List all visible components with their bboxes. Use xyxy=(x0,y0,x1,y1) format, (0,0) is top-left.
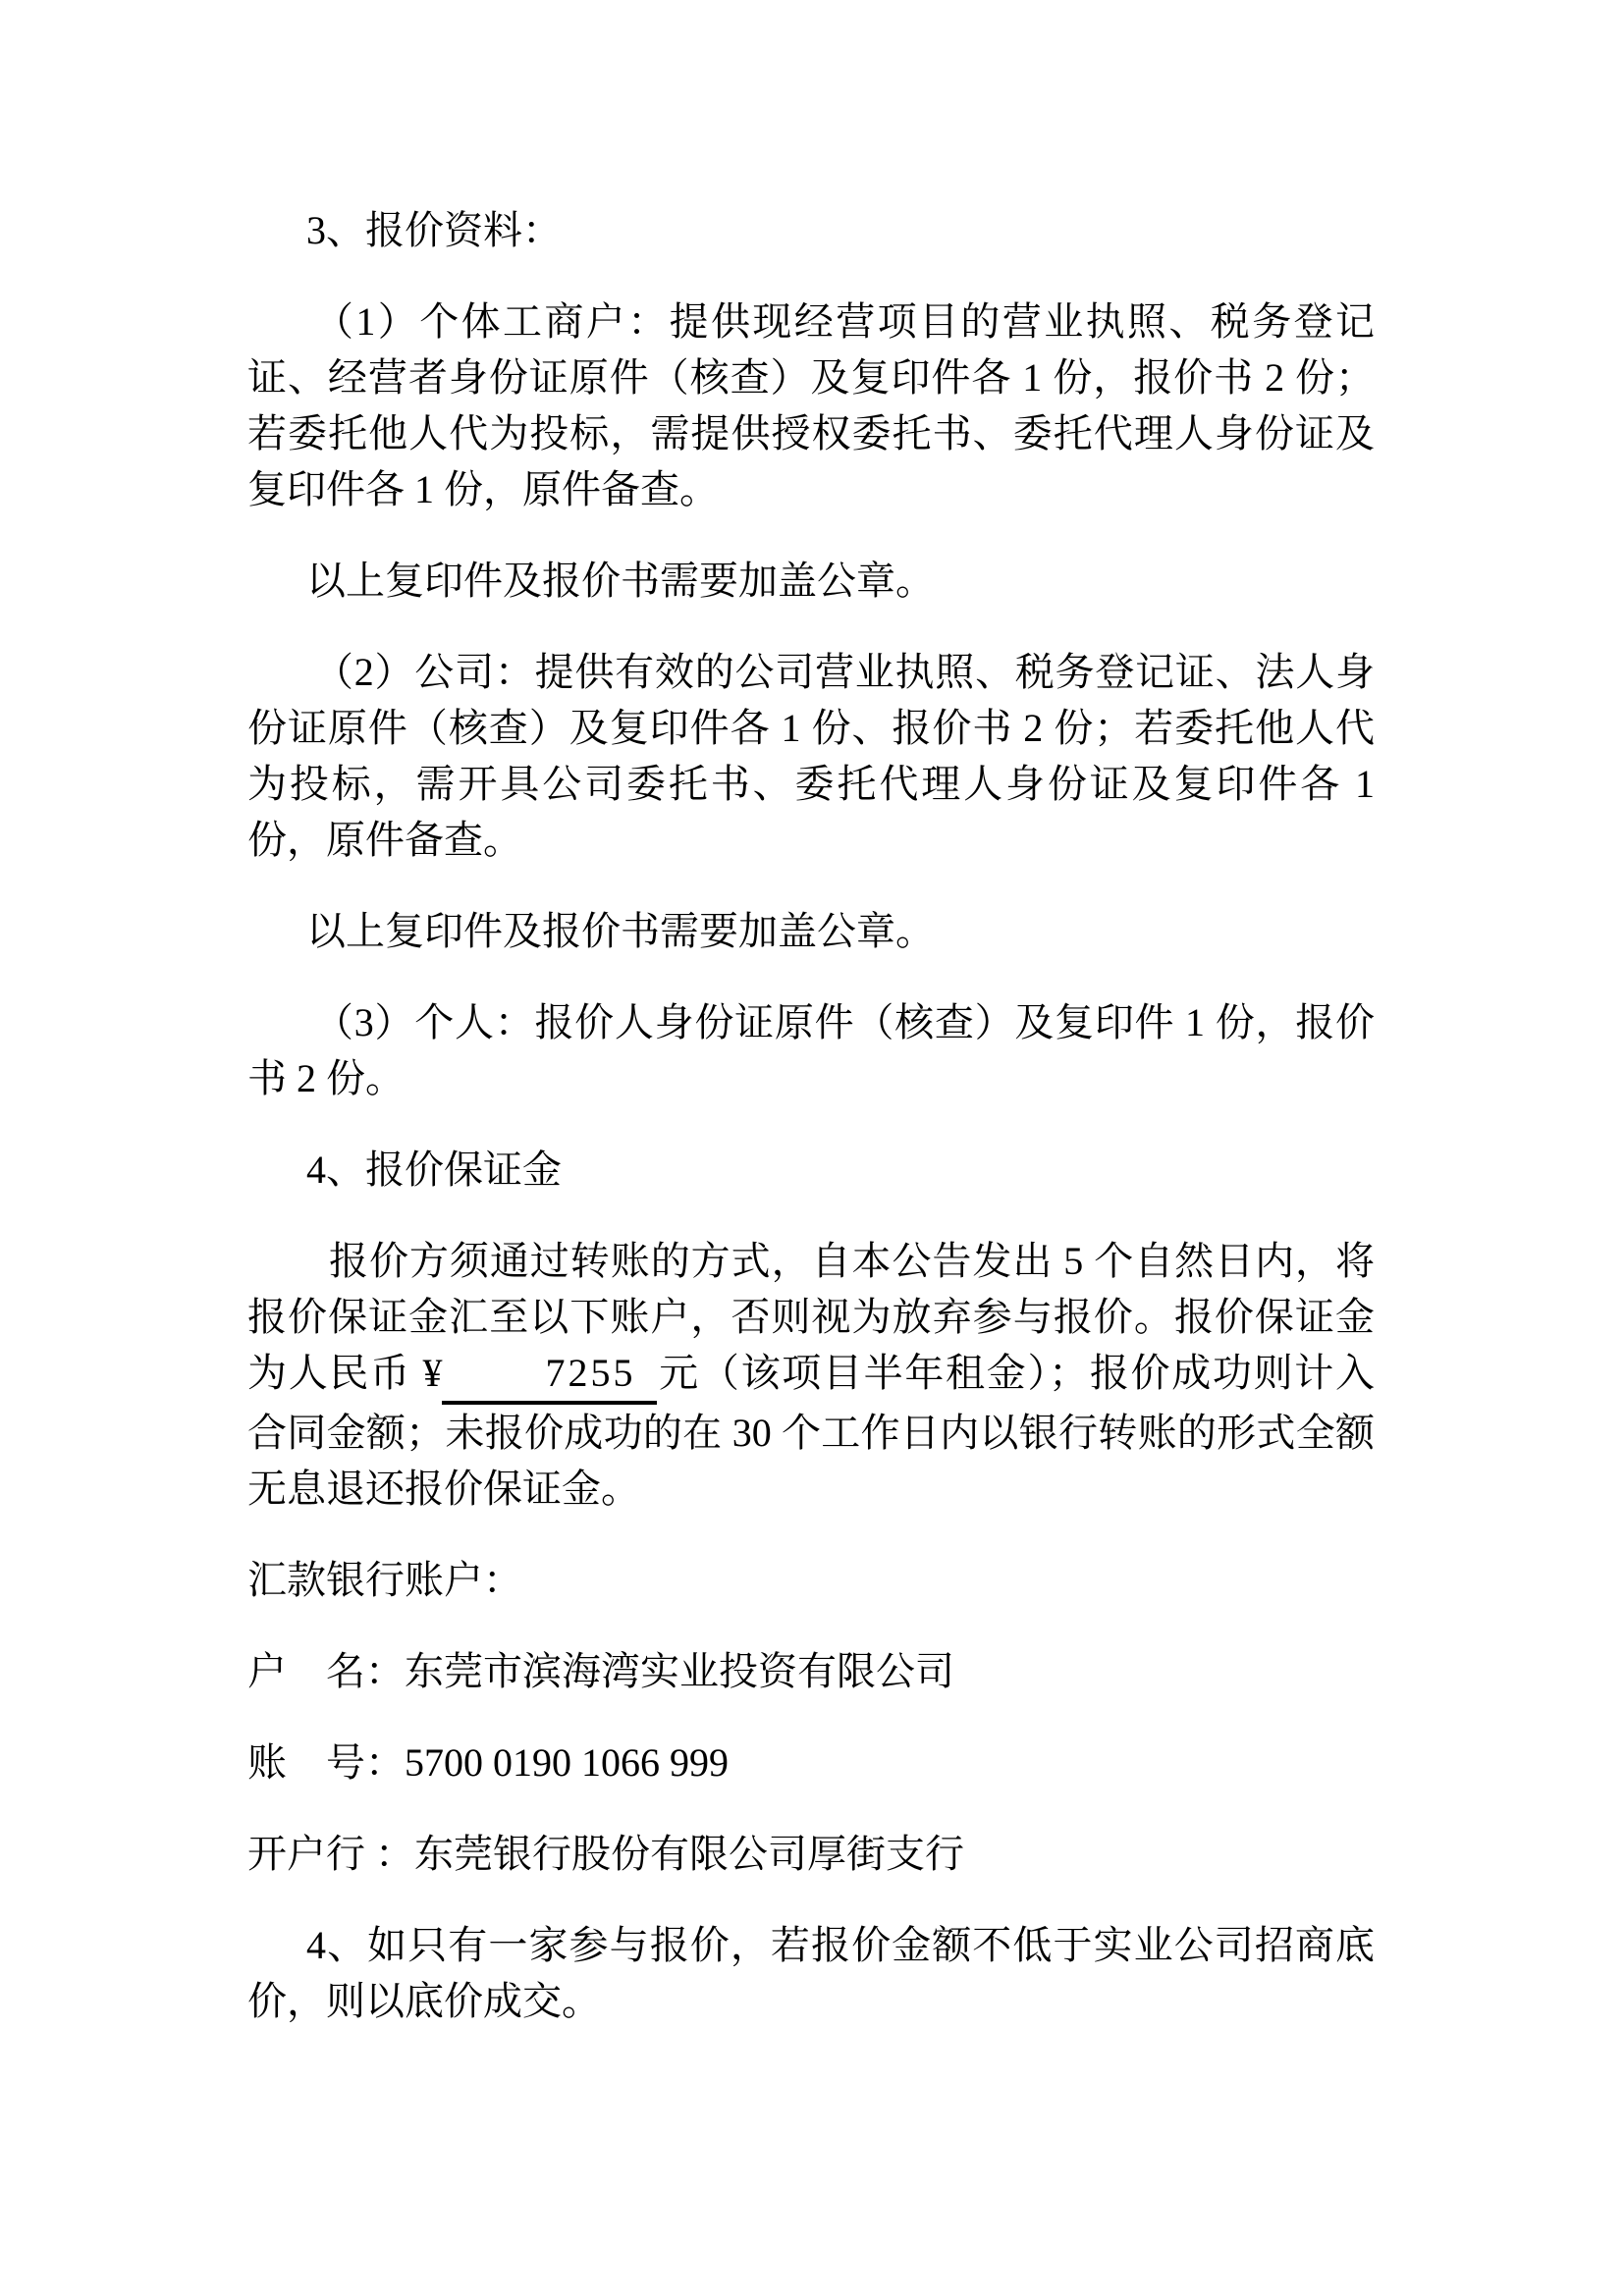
bank-account-section-title: 汇款银行账户： xyxy=(247,1552,1375,1608)
bank-account-number-line: 账 号：5700 0190 1066 999 xyxy=(247,1735,1375,1790)
bank-branch-value: 东莞银行股份有限公司厚街支行 xyxy=(414,1832,964,1876)
bank-account-name-line: 户 名：东莞市滨海湾实业投资有限公司 xyxy=(247,1643,1375,1699)
deposit-amount-underlined: 7255 xyxy=(442,1345,657,1405)
section-3-heading: 3、报价资料： xyxy=(247,202,1375,258)
account-number-value: 5700 0190 1066 999 xyxy=(405,1740,729,1785)
item-3-individual-requirements: （3）个人：报价人身份证原件（核查）及复印件 1 份，报价书 2 份。 xyxy=(247,994,1375,1106)
single-bidder-rule-paragraph: 4、如只有一家参与报价，若报价金额不低于实业公司招商底价，则以底价成交。 xyxy=(247,1917,1375,2029)
section-4-heading: 4、报价保证金 xyxy=(247,1142,1375,1198)
scanned-document-page: 3、报价资料： （1）个体工商户：提供现经营项目的营业执照、税务登记证、经营者身… xyxy=(0,0,1624,2296)
bank-branch-label: 开户行 ： xyxy=(247,1832,414,1876)
bank-branch-line: 开户行 ：东莞银行股份有限公司厚街支行 xyxy=(247,1826,1375,1882)
seal-note-2: 以上复印件及报价书需要加盖公章。 xyxy=(247,903,1375,959)
account-name-label: 户 名： xyxy=(247,1649,405,1693)
item-2-company-requirements: （2）公司：提供有效的公司营业执照、税务登记证、法人身份证原件（核查）及复印件各… xyxy=(247,644,1375,868)
account-number-label: 账 号： xyxy=(247,1740,405,1785)
deposit-paragraph: 报价方须通过转账的方式，自本公告发出 5 个自然日内，将报价保证金汇至以下账户，… xyxy=(247,1233,1375,1517)
account-name-value: 东莞市滨海湾实业投资有限公司 xyxy=(405,1649,954,1693)
item-1-individual-business-requirements: （1）个体工商户：提供现经营项目的营业执照、税务登记证、经营者身份证原件（核查）… xyxy=(247,294,1375,517)
seal-note-1: 以上复印件及报价书需要加盖公章。 xyxy=(247,553,1375,609)
